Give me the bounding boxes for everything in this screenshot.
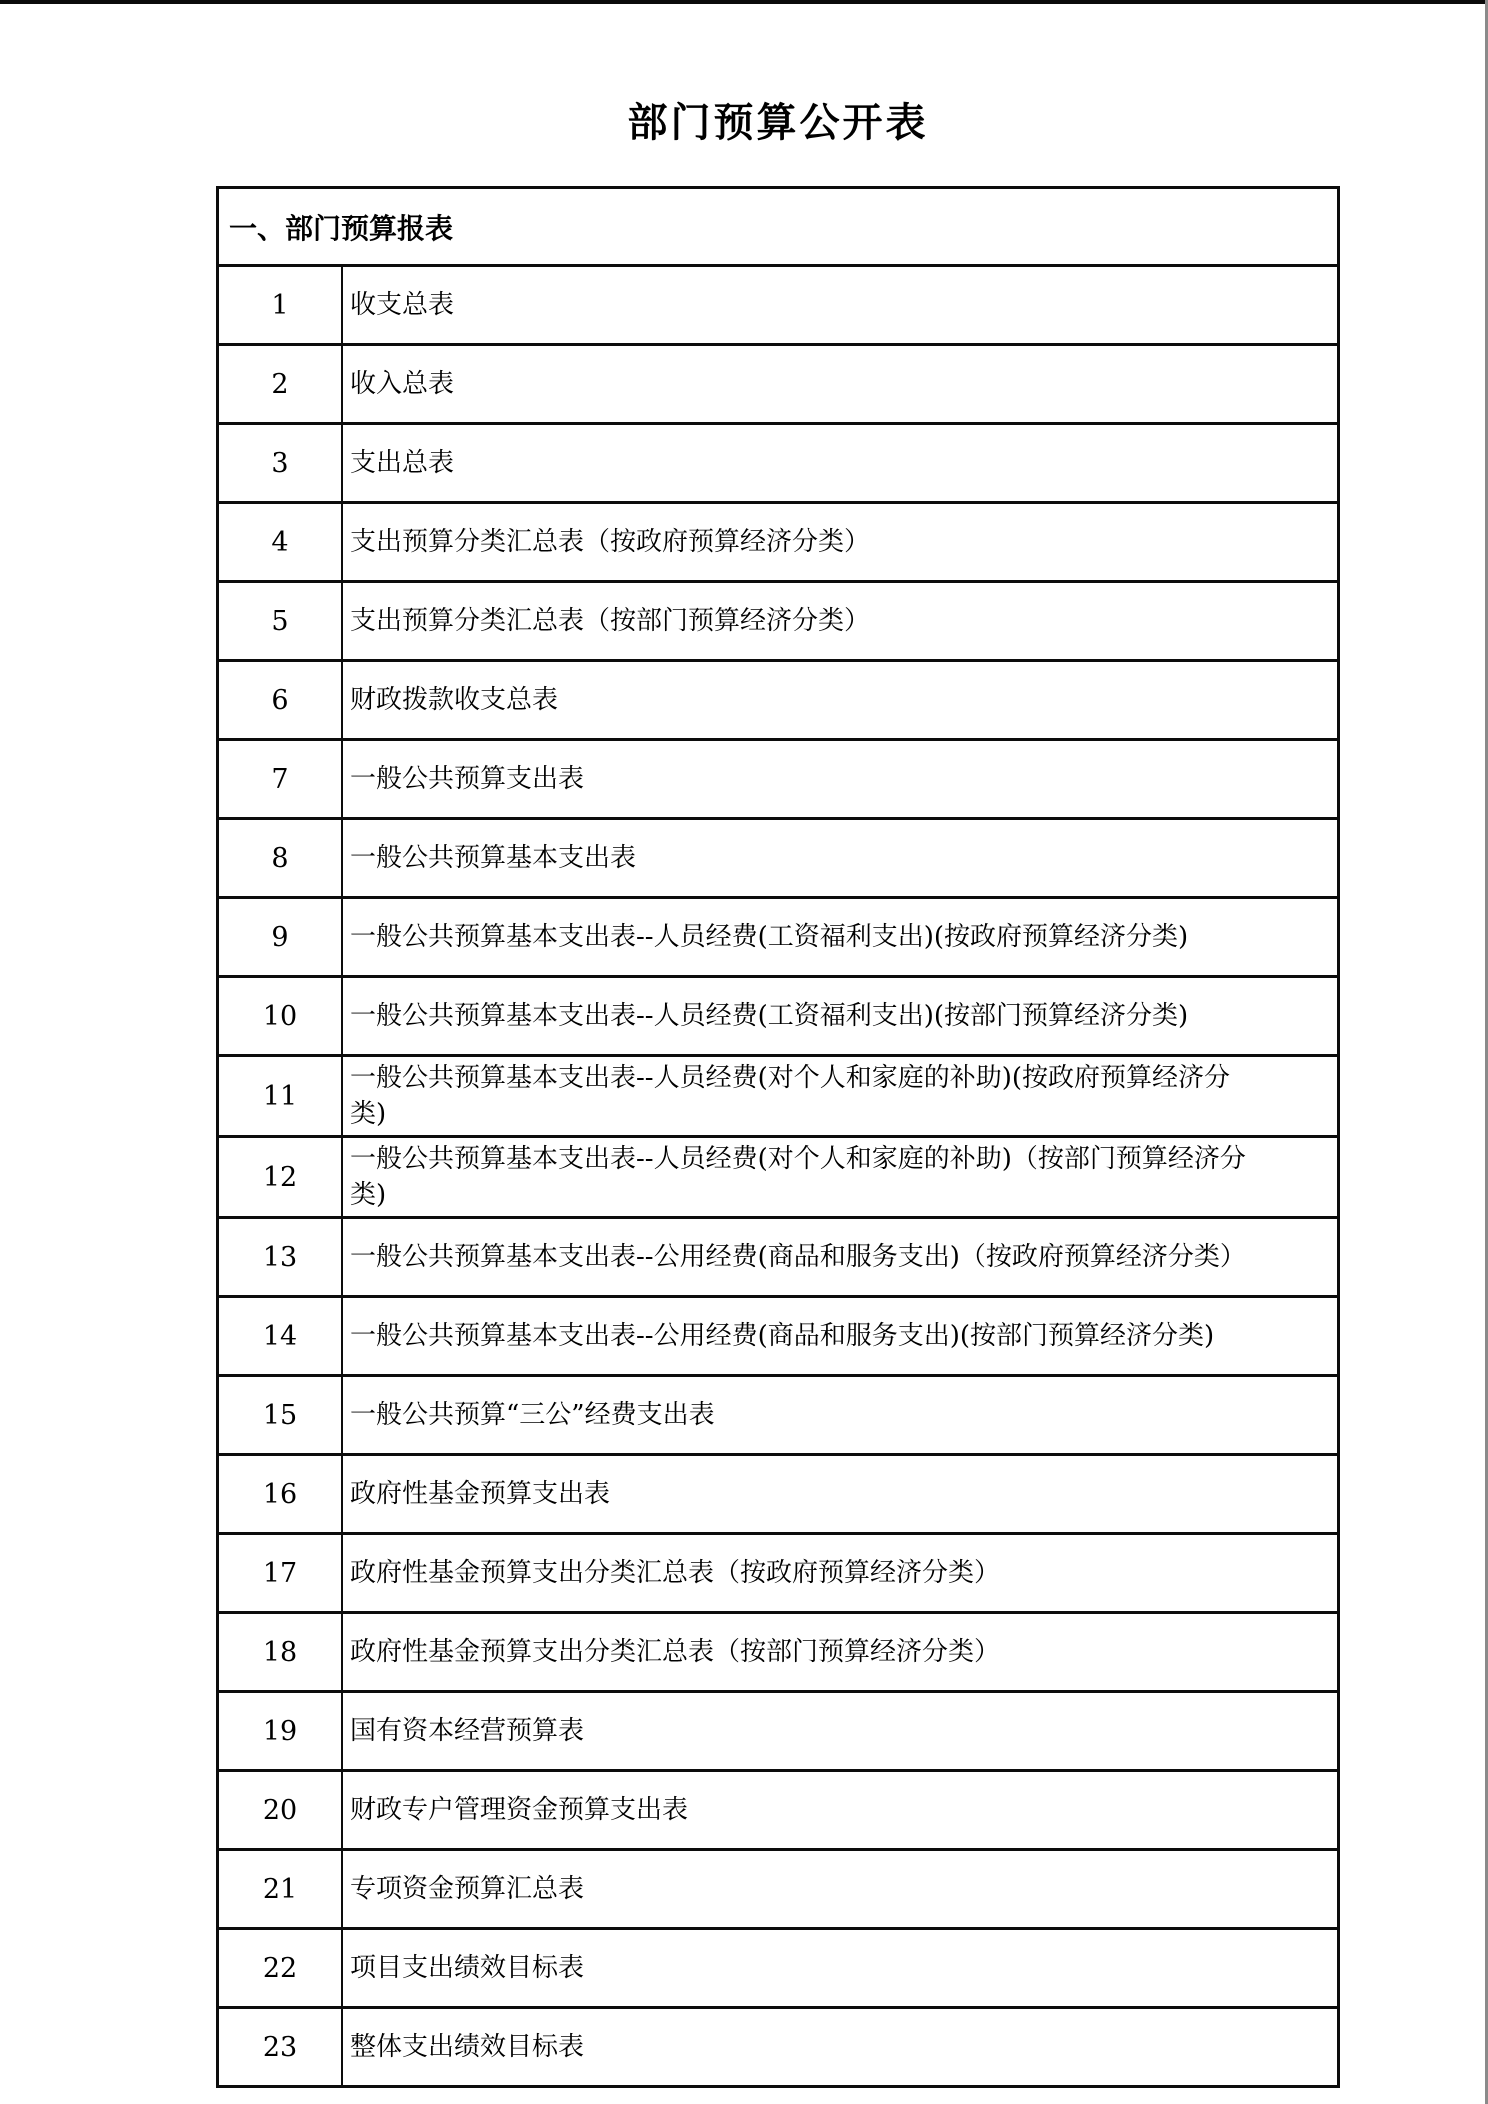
section-header-row: 一、部门预算报表 (219, 189, 1337, 267)
row-label: 项目支出绩效目标表 (343, 1930, 1337, 2006)
row-label: 支出预算分类汇总表（按部门预算经济分类） (343, 583, 1337, 659)
row-number: 17 (219, 1535, 343, 1611)
table-row: 14 一般公共预算基本支出表--公用经费(商品和服务支出)(按部门预算经济分类) (219, 1298, 1337, 1377)
table-row: 6 财政拨款收支总表 (219, 662, 1337, 741)
row-label: 一般公共预算基本支出表--公用经费(商品和服务支出)(按部门预算经济分类) (343, 1298, 1337, 1374)
row-number: 8 (219, 820, 343, 896)
row-label: 收入总表 (343, 346, 1337, 422)
table-row: 4 支出预算分类汇总表（按政府预算经济分类） (219, 504, 1337, 583)
table-row: 17 政府性基金预算支出分类汇总表（按政府预算经济分类） (219, 1535, 1337, 1614)
table-row: 11 一般公共预算基本支出表--人员经费(对个人和家庭的补助)(按政府预算经济分… (219, 1057, 1337, 1138)
row-number: 2 (219, 346, 343, 422)
row-label: 整体支出绩效目标表 (343, 2009, 1337, 2085)
table-row: 21 专项资金预算汇总表 (219, 1851, 1337, 1930)
row-label: 财政专户管理资金预算支出表 (343, 1772, 1337, 1848)
row-number: 13 (219, 1219, 343, 1295)
row-label: 专项资金预算汇总表 (343, 1851, 1337, 1927)
row-label: 一般公共预算基本支出表--人员经费(对个人和家庭的补助)（按部门预算经济分 类) (343, 1138, 1337, 1216)
row-label: 支出预算分类汇总表（按政府预算经济分类） (343, 504, 1337, 580)
page-title: 部门预算公开表 (216, 99, 1340, 147)
row-number: 9 (219, 899, 343, 975)
row-label: 国有资本经营预算表 (343, 1693, 1337, 1769)
row-number: 16 (219, 1456, 343, 1532)
table-row: 3 支出总表 (219, 425, 1337, 504)
row-number: 7 (219, 741, 343, 817)
budget-table: 一、部门预算报表 1 收支总表 2 收入总表 3 支出总表 4 支出预算分类汇总… (216, 186, 1340, 2088)
table-row: 22 项目支出绩效目标表 (219, 1930, 1337, 2009)
row-number: 20 (219, 1772, 343, 1848)
row-number: 15 (219, 1377, 343, 1453)
table-row: 15 一般公共预算“三公”经费支出表 (219, 1377, 1337, 1456)
row-label: 政府性基金预算支出分类汇总表（按政府预算经济分类） (343, 1535, 1337, 1611)
row-label: 一般公共预算“三公”经费支出表 (343, 1377, 1337, 1453)
row-number: 23 (219, 2009, 343, 2085)
document-page: 部门预算公开表 一、部门预算报表 1 收支总表 2 收入总表 3 支出总表 4 … (0, 0, 1488, 2104)
table-row: 9 一般公共预算基本支出表--人员经费(工资福利支出)(按政府预算经济分类) (219, 899, 1337, 978)
row-number: 5 (219, 583, 343, 659)
row-number: 22 (219, 1930, 343, 2006)
row-number: 12 (219, 1138, 343, 1216)
row-number: 6 (219, 662, 343, 738)
row-number: 4 (219, 504, 343, 580)
row-label: 财政拨款收支总表 (343, 662, 1337, 738)
row-number: 21 (219, 1851, 343, 1927)
row-number: 14 (219, 1298, 343, 1374)
section-header-label: 一、部门预算报表 (229, 207, 453, 247)
row-label: 政府性基金预算支出分类汇总表（按部门预算经济分类） (343, 1614, 1337, 1690)
row-number: 1 (219, 267, 343, 343)
row-label: 一般公共预算基本支出表 (343, 820, 1337, 896)
table-row: 2 收入总表 (219, 346, 1337, 425)
row-label: 一般公共预算基本支出表--人员经费(工资福利支出)(按部门预算经济分类) (343, 978, 1337, 1054)
table-row: 13 一般公共预算基本支出表--公用经费(商品和服务支出)（按政府预算经济分类） (219, 1219, 1337, 1298)
table-row: 19 国有资本经营预算表 (219, 1693, 1337, 1772)
table-row: 20 财政专户管理资金预算支出表 (219, 1772, 1337, 1851)
row-label: 政府性基金预算支出表 (343, 1456, 1337, 1532)
row-number: 11 (219, 1057, 343, 1135)
table-row: 23 整体支出绩效目标表 (219, 2009, 1337, 2085)
row-label: 一般公共预算基本支出表--人员经费(工资福利支出)(按政府预算经济分类) (343, 899, 1337, 975)
table-row: 16 政府性基金预算支出表 (219, 1456, 1337, 1535)
row-label: 一般公共预算基本支出表--公用经费(商品和服务支出)（按政府预算经济分类） (343, 1219, 1337, 1295)
row-number: 19 (219, 1693, 343, 1769)
table-row: 12 一般公共预算基本支出表--人员经费(对个人和家庭的补助)（按部门预算经济分… (219, 1138, 1337, 1219)
row-number: 18 (219, 1614, 343, 1690)
table-row: 18 政府性基金预算支出分类汇总表（按部门预算经济分类） (219, 1614, 1337, 1693)
row-number: 3 (219, 425, 343, 501)
row-label: 一般公共预算支出表 (343, 741, 1337, 817)
row-label: 收支总表 (343, 267, 1337, 343)
table-row: 5 支出预算分类汇总表（按部门预算经济分类） (219, 583, 1337, 662)
document-content: 部门预算公开表 一、部门预算报表 1 收支总表 2 收入总表 3 支出总表 4 … (216, 0, 1340, 2088)
row-label: 支出总表 (343, 425, 1337, 501)
row-label: 一般公共预算基本支出表--人员经费(对个人和家庭的补助)(按政府预算经济分 类) (343, 1057, 1337, 1135)
table-row: 8 一般公共预算基本支出表 (219, 820, 1337, 899)
row-number: 10 (219, 978, 343, 1054)
table-row: 10 一般公共预算基本支出表--人员经费(工资福利支出)(按部门预算经济分类) (219, 978, 1337, 1057)
table-row: 7 一般公共预算支出表 (219, 741, 1337, 820)
table-row: 1 收支总表 (219, 267, 1337, 346)
table-body: 1 收支总表 2 收入总表 3 支出总表 4 支出预算分类汇总表（按政府预算经济… (219, 267, 1337, 2085)
